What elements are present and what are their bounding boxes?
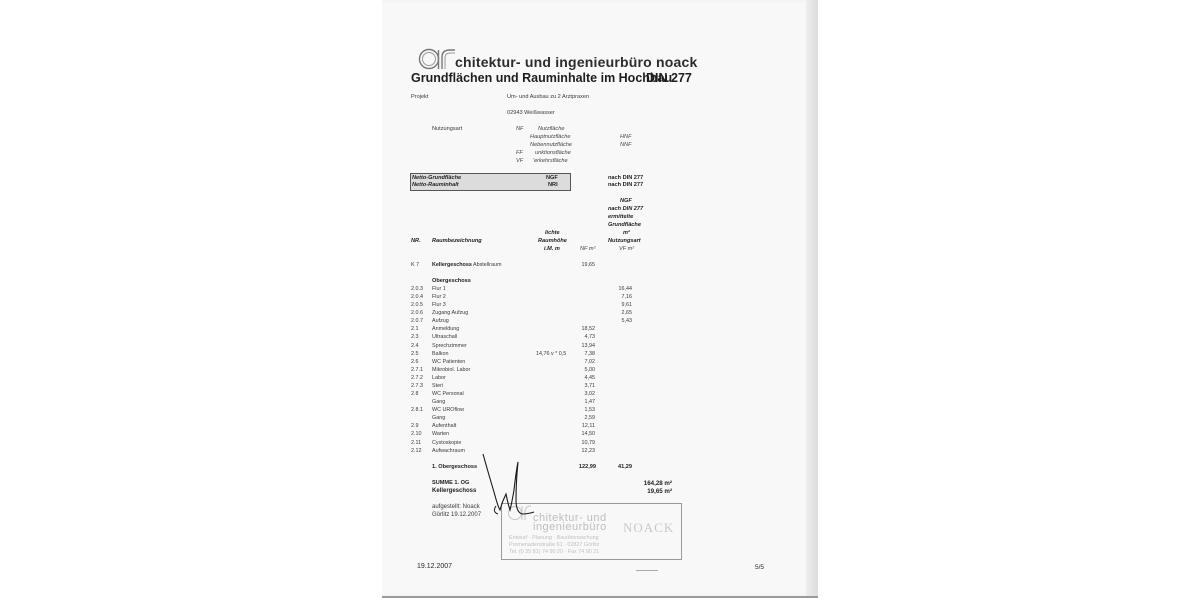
header-nf: NF m² [580, 246, 595, 252]
header-ngf-din: nach DIN 277 [608, 206, 643, 212]
ngf-code: NGF [546, 175, 558, 181]
row-name: Mikrobiol. Labor [432, 367, 470, 373]
usage-label: Nutzungsart [432, 126, 462, 132]
row-name: Cystoskopie [432, 440, 461, 446]
row-name: Anmeldung [432, 326, 459, 332]
header-room-name: Raumbezeichnung [432, 238, 482, 244]
stamp-phone: Tel. (0 35 81) 74 90 20 · Fax 74 90 21 [509, 549, 599, 555]
row-vf: 2,65 [612, 310, 632, 316]
section-title: Obergeschoss [432, 278, 471, 284]
header-nr: NR. [411, 238, 421, 244]
floor-total-vf: 41,29 [612, 464, 632, 470]
row-name: Labor [432, 375, 446, 381]
usage-abbr: NNF [620, 142, 632, 148]
row-name: Aufzug [432, 318, 449, 324]
document-title: Grundflächen und Rauminhalte im Hochbau [411, 71, 672, 85]
stamp-line2: ingenieurbüro [533, 521, 607, 533]
table-row: 2.0.7Aufzug5,43 [0, 318, 1200, 326]
table-row: 2.0.3Flur 116,44 [0, 286, 1200, 294]
floor-total-nf: 122,99 [576, 464, 596, 470]
row-nf: 3,71 [575, 383, 595, 389]
table-row: 2.10Warten14,50 [0, 431, 1200, 439]
row-name: Gang [432, 399, 445, 405]
row-vf: 9,61 [612, 302, 632, 308]
table-row: 2.8.1WC UROflow1,53 [0, 407, 1200, 415]
footer-date: 19.12.2007 [417, 563, 452, 570]
signature-icon [470, 452, 540, 522]
row-vf: 7,16 [612, 294, 632, 300]
table-row: 2.0.5Flur 39,61 [0, 302, 1200, 310]
table-row: 2.6WC Patienten7,02 [0, 359, 1200, 367]
row-name: Warten [432, 431, 449, 437]
stamp-address: Promenadenstraße 61 · 02827 Görlitz [509, 542, 600, 548]
ngf-label: Netto-Grundfläche [412, 175, 461, 181]
stamp-brand: NOACK [623, 520, 674, 536]
project-name: Um- und Ausbau zu 2 Arztpraxen [507, 94, 589, 100]
row-nf: 1,47 [575, 399, 595, 405]
row-nf: 19,65 [575, 262, 595, 268]
sum-value: 164,28 m² [630, 480, 672, 487]
header-height-l2: Raumhöhe [538, 238, 567, 244]
row-nr: 2.9 [411, 423, 419, 429]
table-row: 2.11Cystoskopie10,79 [0, 440, 1200, 448]
usage-code: VF [516, 158, 523, 164]
row-nr: 2.8.1 [411, 407, 423, 413]
row-nr: K 7 [411, 262, 419, 268]
row-nr: 2.12 [411, 448, 422, 454]
row-name: Zugang Aufzug [432, 310, 468, 316]
row-nf: 4,45 [575, 375, 595, 381]
table-row: 2.5Balkon14,76 v * 0,57,38 [0, 351, 1200, 359]
row-name: Ultraschall [432, 334, 457, 340]
header-ngf-grundflaeche: Grundfläche [608, 222, 641, 228]
table-row: 2.7.3Steri3,71 [0, 383, 1200, 391]
row-nr: 2.5 [411, 351, 419, 357]
stamp-services: Entwurf · Planung · Bauüberwachung [509, 535, 599, 541]
header-ngf-unit: m² [623, 230, 630, 236]
row-nf: 2,59 [575, 415, 595, 421]
row-nr: 2.1 [411, 326, 419, 332]
row-name: Aufwachraum [432, 448, 465, 454]
header-ngf-ermittelte: ermittelte [608, 214, 633, 220]
table-row: 2.8WC Personal3,02 [0, 391, 1200, 399]
row-name: WC UROflow [432, 407, 464, 413]
nri-note: nach DIN 277 [608, 182, 643, 188]
row-nr: 2.7.2 [411, 375, 423, 381]
row-nr: 2.0.7 [411, 318, 423, 324]
table-row: 2.9Aufenthalt12,11 [0, 423, 1200, 431]
row-vf: 5,43 [612, 318, 632, 324]
usage-abbr: HNF [620, 134, 632, 140]
header-height-l1: lichte [545, 230, 560, 236]
row-nr: 2.7.1 [411, 367, 423, 373]
header-height-l3: i.M. m [544, 246, 560, 252]
usage-name: Nutzfläche [538, 126, 564, 132]
project-label: Projekt [411, 94, 428, 100]
sum-label: SUMME 1. OG [432, 480, 469, 486]
row-name: WC Personal [432, 391, 464, 397]
nri-code: NRI [548, 182, 558, 188]
row-floor: Kellergeschoss [432, 262, 472, 268]
usage-name: Nebennutzfläche [530, 142, 572, 148]
row-name: WC Patienten [432, 359, 465, 365]
row-nr: 2.4 [411, 343, 419, 349]
table-row: 2.0.6Zugang Aufzug2,65 [0, 310, 1200, 318]
basement-total-value: 19,65 m² [630, 488, 672, 495]
usage-name: 'erkehrsfläche [533, 158, 568, 164]
document-standard: DIN 277 [646, 71, 692, 85]
project-location: 02943 Weißwasser [507, 110, 555, 116]
table-row: Gang1,47 [0, 399, 1200, 407]
row-name: Abstellraum [473, 262, 501, 268]
table-row: 2.7.2Labor4,45 [0, 375, 1200, 383]
row-nr: 2.7.3 [411, 383, 423, 389]
row-nf: 10,79 [575, 440, 595, 446]
usage-name: unktionsfläche [535, 150, 571, 156]
row-name: Flur 2 [432, 294, 446, 300]
table-row: 2.4Sprechzimmer13,94 [0, 343, 1200, 351]
row-nf: 5,00 [575, 367, 595, 373]
row-nf: 7,02 [575, 359, 595, 365]
row-name: Gang [432, 415, 445, 421]
table-row: 2.0.4Flur 27,16 [0, 294, 1200, 302]
row-nr: 2.11 [411, 440, 421, 446]
footer-divider [636, 570, 658, 571]
row-name: Aufenthalt [432, 423, 456, 429]
header-ngf-nutzungsart: Nutzungsart [608, 238, 641, 244]
usage-code: NF [516, 126, 523, 132]
ngf-note: nach DIN 277 [608, 175, 643, 181]
row-nr: 2.6 [411, 359, 419, 365]
table-row: 2.3Ultraschall4,73 [0, 334, 1200, 342]
row-nr: 2.0.3 [411, 286, 423, 292]
row-nf: 4,73 [575, 334, 595, 340]
row-nr: 2.0.4 [411, 294, 423, 300]
row-nf: 12,11 [575, 423, 595, 429]
row-nr: 2.0.5 [411, 302, 423, 308]
header-vf: VF m² [619, 246, 634, 252]
row-nf: 14,50 [575, 431, 595, 437]
row-name: Steri [432, 383, 443, 389]
firm-name: chitektur- und ingenieurbüro noack [455, 54, 697, 70]
usage-name: Hauptnutzfläche [530, 134, 570, 140]
table-row: 2.12Aufwachraum12,23 [0, 448, 1200, 456]
table-row: 2.1Anmeldung18,52 [0, 326, 1200, 334]
row-nf: 12,23 [575, 448, 595, 454]
row-nf: 13,94 [575, 343, 595, 349]
table-row: K 7 Kellergeschoss Abstellraum 19,65 [0, 262, 1200, 270]
row-nr: 2.8 [411, 391, 419, 397]
row-nf: 7,38 [575, 351, 595, 357]
row-nr: 2.10 [411, 431, 422, 437]
row-vf: 16,44 [612, 286, 632, 292]
row-nf: 1,53 [575, 407, 595, 413]
row-name: Balkon [432, 351, 448, 357]
nri-label: Netto-Rauminhalt [412, 182, 459, 188]
table-row: Gang2,59 [0, 415, 1200, 423]
row-name: Flur 1 [432, 286, 446, 292]
row-nr: 2.3 [411, 334, 419, 340]
row-height: 14,76 v * 0,5 [536, 351, 566, 357]
row-nf: 3,02 [575, 391, 595, 397]
table-row: 2.7.1Mikrobiol. Labor5,00 [0, 367, 1200, 375]
firm-logo-icon [418, 48, 456, 70]
row-name: Flur 3 [432, 302, 446, 308]
row-nf: 18,52 [575, 326, 595, 332]
row-name: Sprechzimmer [432, 343, 467, 349]
row-nr: 2.0.6 [411, 310, 423, 316]
header-ngf: NGF [620, 198, 632, 204]
usage-code: FF [516, 150, 523, 156]
page-number: 5/5 [755, 564, 764, 571]
